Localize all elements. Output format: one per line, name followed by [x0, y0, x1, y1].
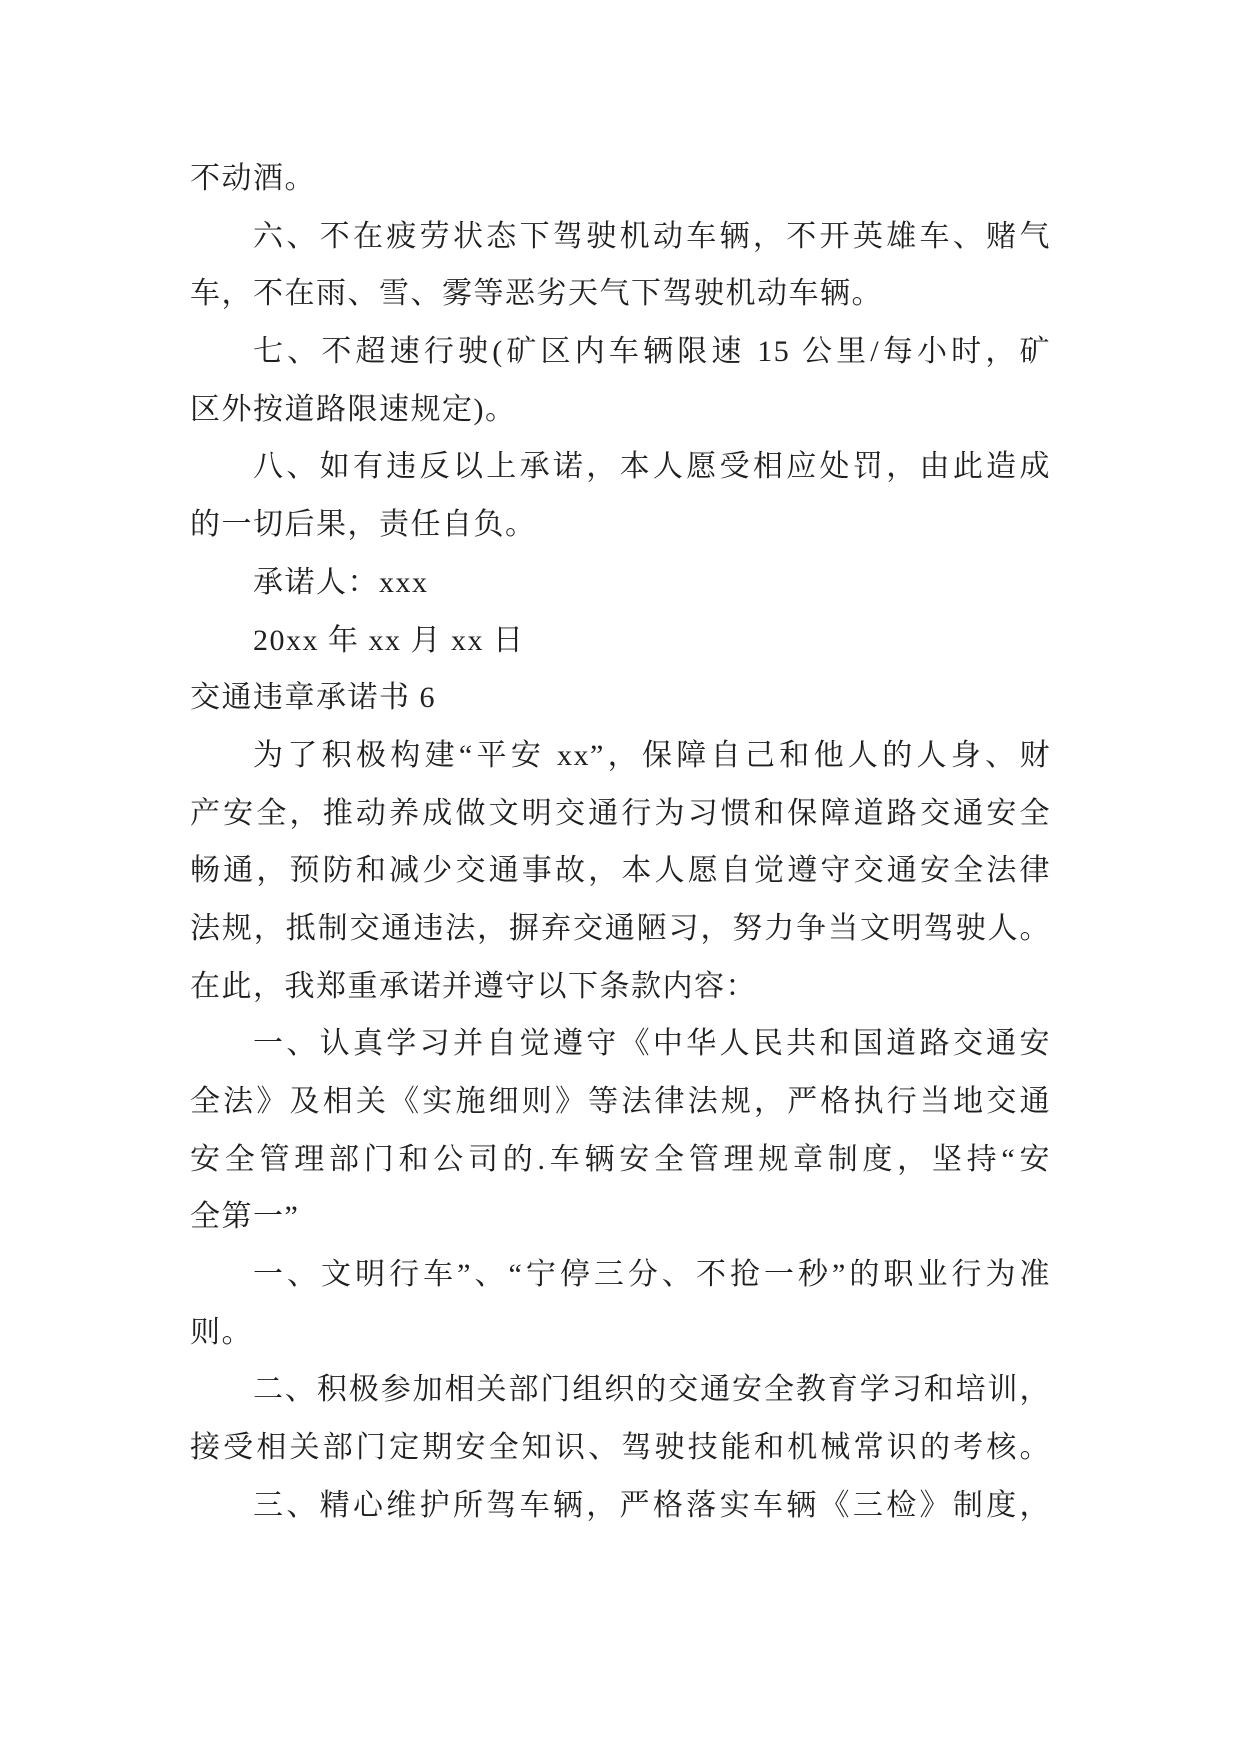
text-line: 三、精心维护所驾车辆，严格落实车辆《三检》制度，	[190, 1477, 1051, 1535]
text-line: 八、如有违反以上承诺，本人愿受相应处罚，由此造成	[190, 438, 1051, 496]
text-line: 不动酒。	[190, 150, 1051, 208]
text-line: 区外按道路限速规定)。	[190, 381, 1051, 439]
text-line: 七、不超速行驶(矿区内车辆限速 15 公里/每小时，矿	[190, 323, 1051, 381]
date-line: 20xx 年 xx 月 xx 日	[190, 612, 1051, 670]
text-line: 一、文明行车”、“宁停三分、不抢一秒”的职业行为准	[190, 1246, 1051, 1304]
section-title: 交通违章承诺书 6	[190, 669, 1051, 727]
text-line: 则。	[190, 1304, 1051, 1362]
text-line: 法规，抵制交通违法，摒弃交通陋习，努力争当文明驾驶人。	[190, 900, 1051, 958]
text-line: 产安全，推动养成做文明交通行为习惯和保障道路交通安全	[190, 785, 1051, 843]
text-line: 的一切后果，责任自负。	[190, 496, 1051, 554]
text-line: 车，不在雨、雪、雾等恶劣天气下驾驶机动车辆。	[190, 265, 1051, 323]
text-line: 全第一”	[190, 1188, 1051, 1246]
text-line: 在此，我郑重承诺并遵守以下条款内容：	[190, 958, 1051, 1016]
text-line: 六、不在疲劳状态下驾驶机动车辆，不开英雄车、赌气	[190, 208, 1051, 266]
document-body: 不动酒。 六、不在疲劳状态下驾驶机动车辆，不开英雄车、赌气 车，不在雨、雪、雾等…	[190, 150, 1051, 1535]
text-line: 接受相关部门定期安全知识、驾驶技能和机械常识的考核。	[190, 1419, 1051, 1477]
text-line: 一、认真学习并自觉遵守《中华人民共和国道路交通安	[190, 1015, 1051, 1073]
signature-line: 承诺人：xxx	[190, 554, 1051, 612]
text-line: 二、积极参加相关部门组织的交通安全教育学习和培训，	[190, 1361, 1051, 1419]
text-line: 全法》及相关《实施细则》等法律法规，严格执行当地交通	[190, 1073, 1051, 1131]
document-page: 不动酒。 六、不在疲劳状态下驾驶机动车辆，不开英雄车、赌气 车，不在雨、雪、雾等…	[0, 0, 1241, 1754]
text-line: 安全管理部门和公司的.车辆安全管理规章制度，坚持“安	[190, 1131, 1051, 1189]
text-line: 畅通，预防和减少交通事故，本人愿自觉遵守交通安全法律	[190, 842, 1051, 900]
text-line: 为了积极构建“平安 xx”，保障自己和他人的人身、财	[190, 727, 1051, 785]
